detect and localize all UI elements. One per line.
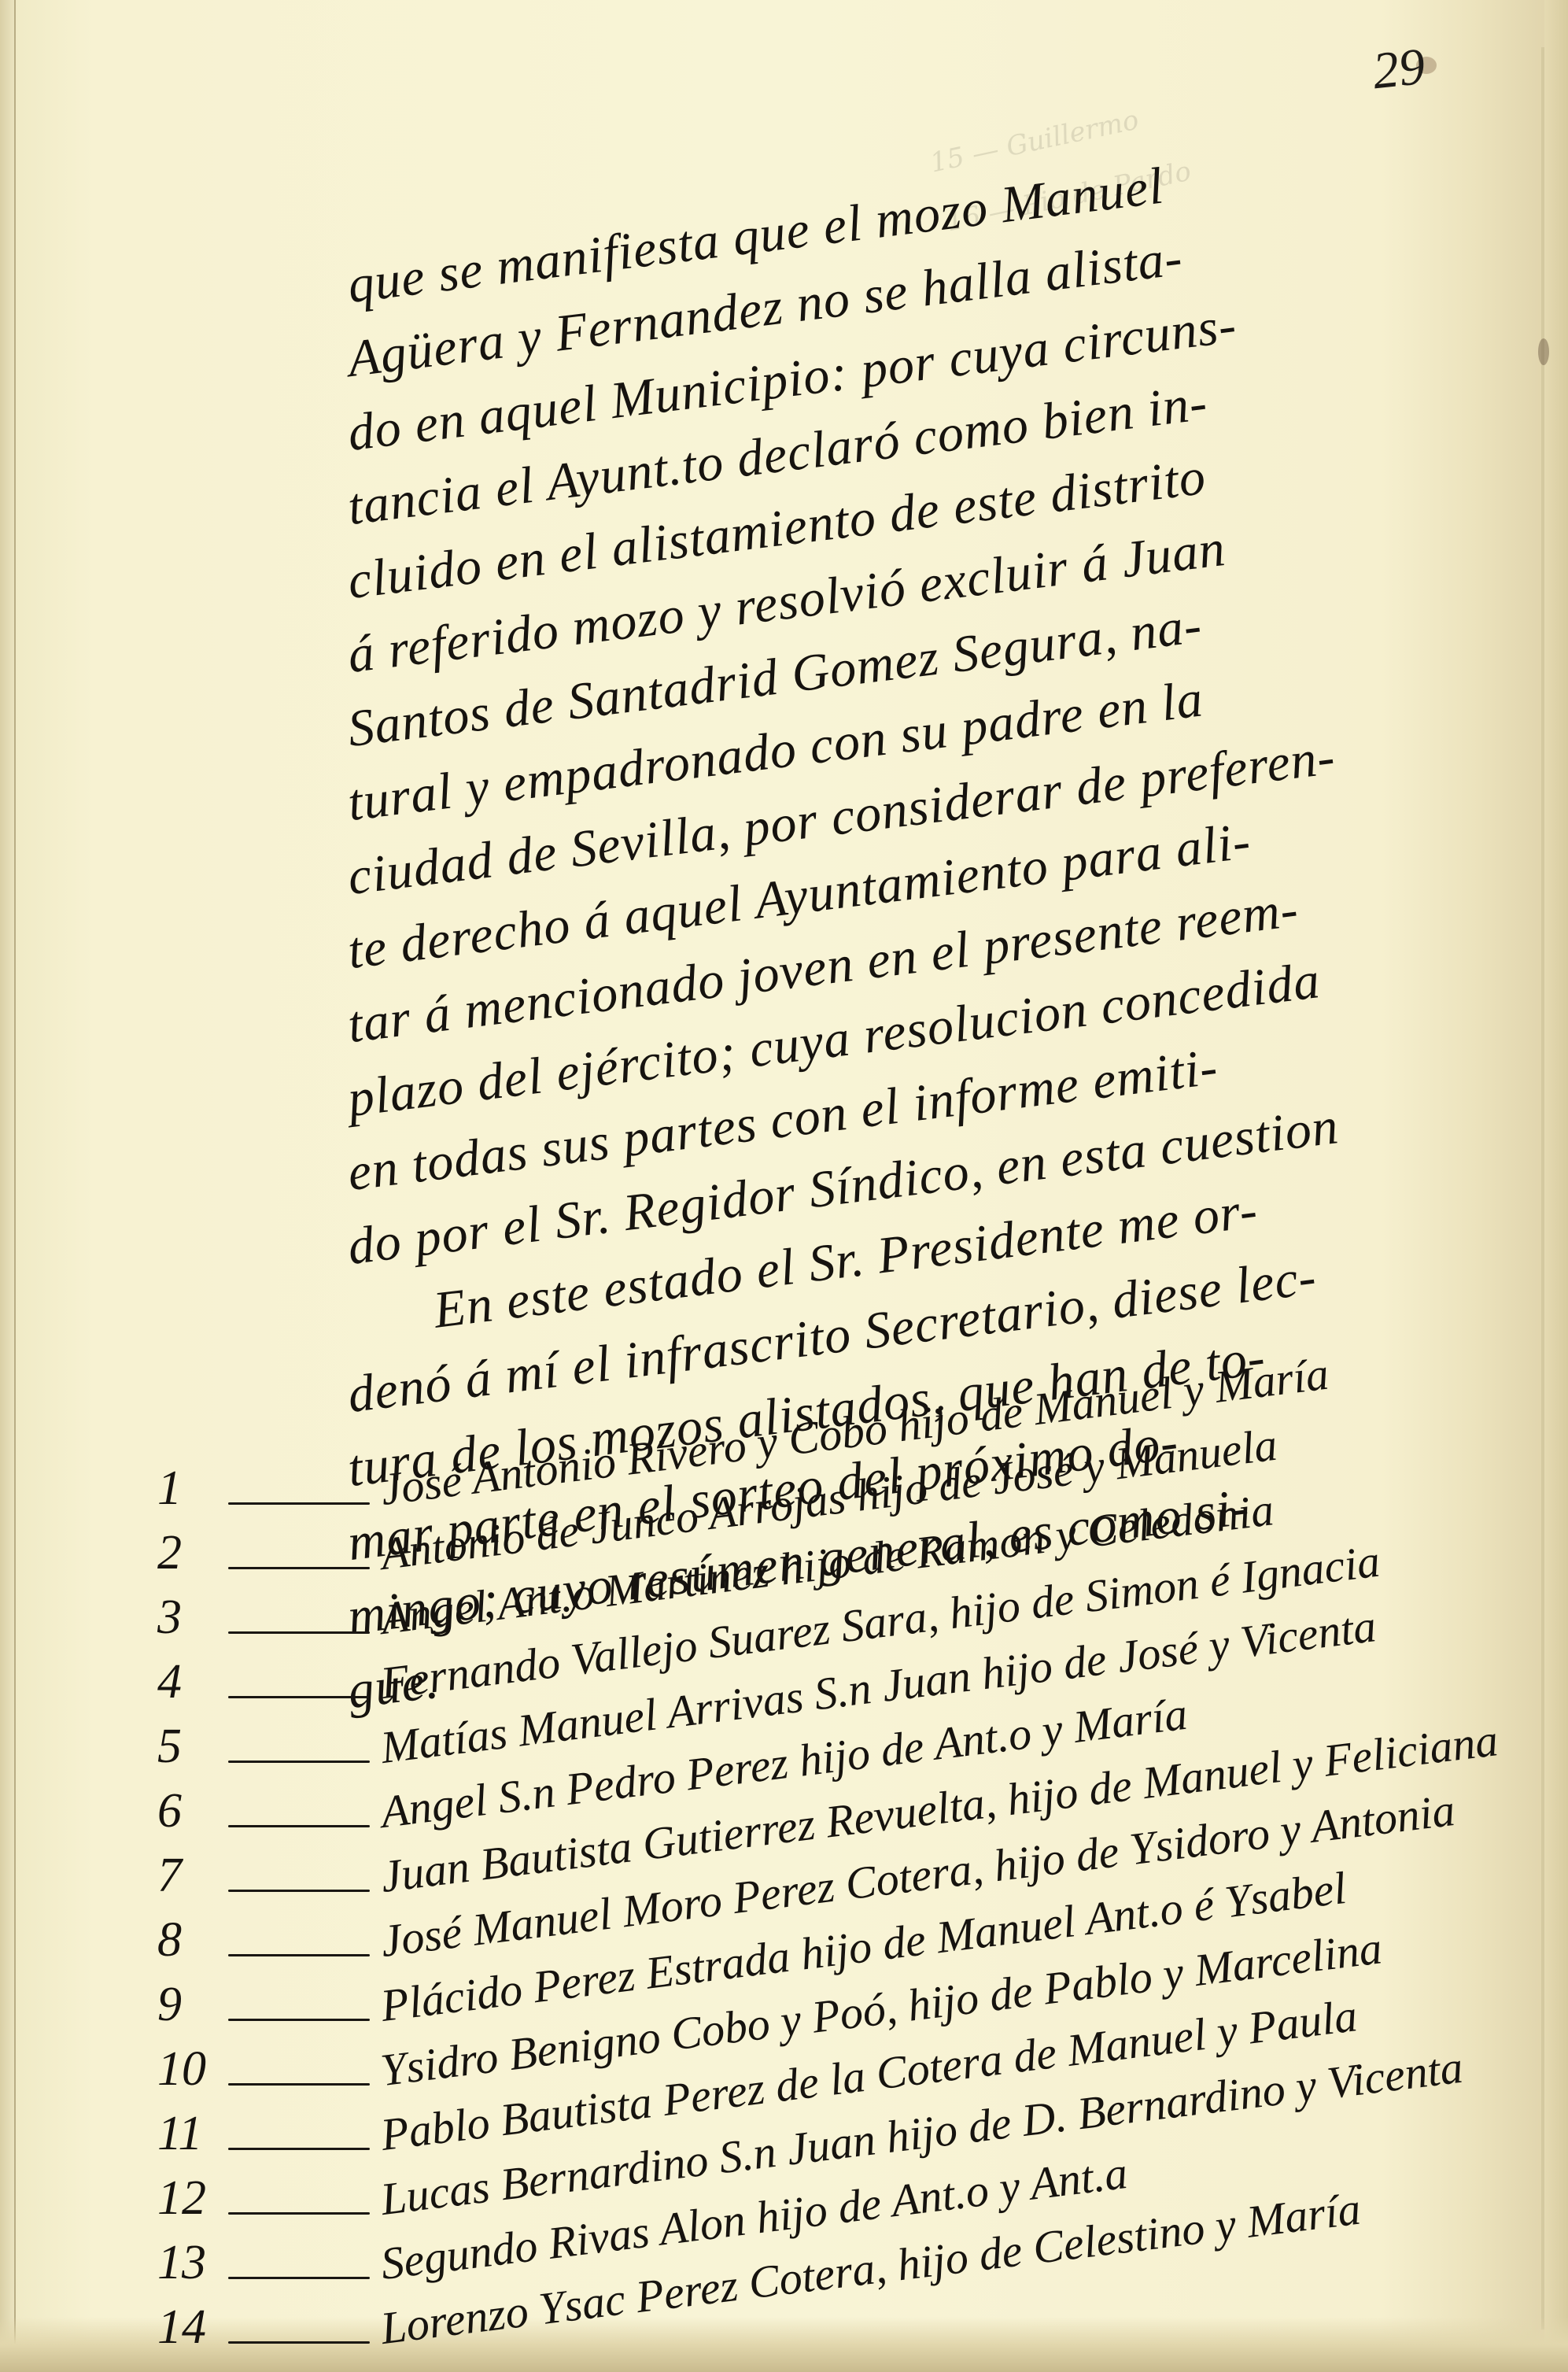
list-number: 8 <box>157 1916 220 1964</box>
ink-blot <box>1538 338 1549 365</box>
dash-rule <box>228 1761 370 1763</box>
list-number: 2 <box>157 1528 220 1577</box>
dash-rule <box>228 2212 370 2215</box>
page-number: 29 <box>1370 37 1428 102</box>
binding-edge <box>0 0 16 2372</box>
dash-rule <box>228 2341 370 2344</box>
page-fold-line <box>1541 47 1544 2330</box>
list-number: 1 <box>157 1464 220 1513</box>
list-item: 14 Lorenzo Ysac Perez Cotera, hijo de Ce… <box>157 2287 1534 2352</box>
dash-rule <box>228 1825 370 1827</box>
dash-rule <box>228 1890 370 1892</box>
dash-rule <box>228 2277 370 2279</box>
dash-rule <box>228 1502 370 1505</box>
dash-rule <box>228 1631 370 1634</box>
dash-rule <box>228 1954 370 1956</box>
list-number: 9 <box>157 1980 220 2029</box>
list-number: 4 <box>157 1657 220 1706</box>
list-number: 13 <box>157 2238 220 2287</box>
manuscript-page: 15 — Guillermo 16 — Pio de Pardo 29 que … <box>0 0 1568 2372</box>
list-number: 7 <box>157 1851 220 1900</box>
list-number: 3 <box>157 1593 220 1642</box>
list-number: 14 <box>157 2303 220 2352</box>
list-number: 10 <box>157 2045 220 2093</box>
dash-rule <box>228 2083 370 2086</box>
dash-rule <box>228 2148 370 2150</box>
enlisted-names-list: 1 José Antonio Rivero y Cobo hijo de Man… <box>157 1448 1534 2352</box>
dash-rule <box>228 2019 370 2021</box>
list-number: 5 <box>157 1722 220 1771</box>
dash-rule <box>228 1696 370 1698</box>
list-number: 12 <box>157 2174 220 2222</box>
list-number: 6 <box>157 1786 220 1835</box>
list-number: 11 <box>157 2109 220 2158</box>
dash-rule <box>228 1567 370 1569</box>
